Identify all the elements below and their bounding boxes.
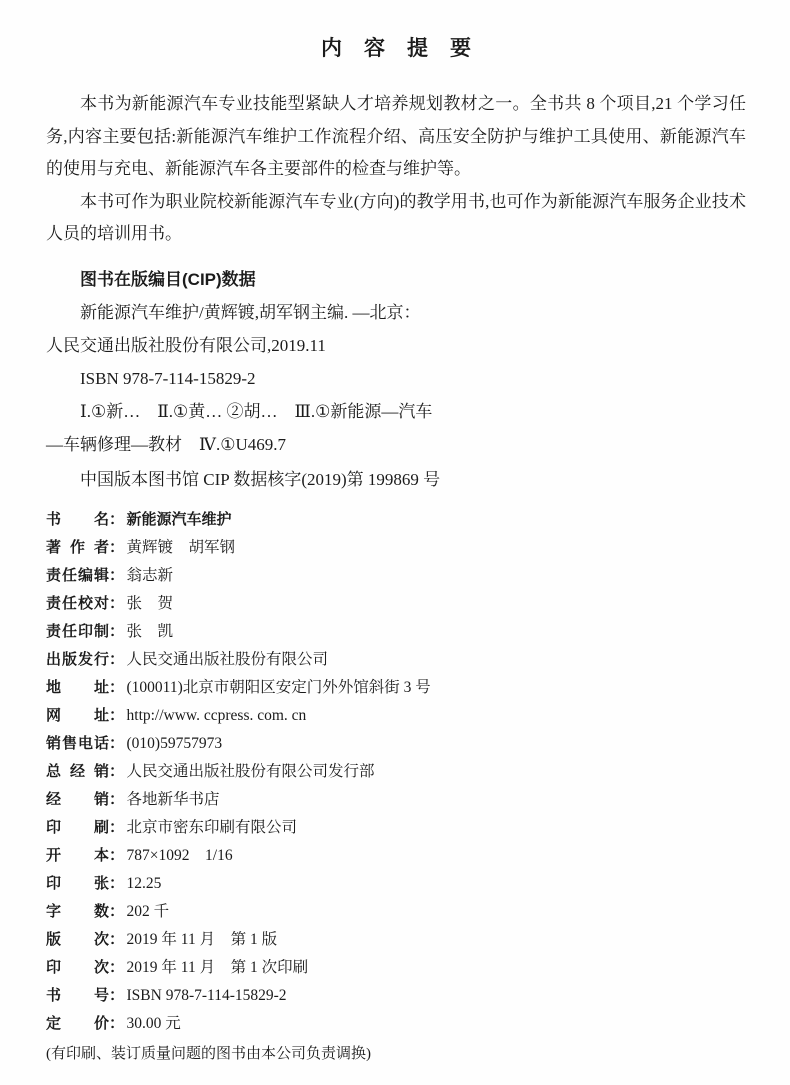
intro-paragraph: 本书可作为职业院校新能源汽车专业(方向)的教学用书,也可作为新能源汽车服务企业技… (46, 186, 746, 251)
book-info-separator: ： (109, 982, 125, 1010)
book-info-value: 2019 年 11 月 第 1 版 (127, 926, 278, 954)
book-info-value: http://www. ccpress. com. cn (127, 702, 307, 730)
book-info-value: 30.00 元 (127, 1010, 181, 1038)
book-info-row: 经销：各地新华书店 (46, 786, 746, 814)
copyright-page: 内容提要 本书为新能源汽车专业技能型紧缺人才培养规划教材之一。全书共 8 个项目… (0, 0, 790, 1085)
book-info-label: 销售电话 (46, 730, 109, 758)
cip-line: ISBN 978-7-114-15829-2 (46, 362, 746, 395)
cip-heading: 图书在版编目(CIP)数据 (46, 263, 746, 296)
book-info-value: 12.25 (127, 870, 162, 898)
book-info-value: 新能源汽车维护 (127, 506, 232, 534)
book-info-row: 销售电话：(010)59757973 (46, 730, 746, 758)
book-info-value: 787×1092 1/16 (127, 842, 233, 870)
book-info-value: 人民交通出版社股份有限公司 (127, 646, 329, 674)
book-info-value: 各地新华书店 (127, 786, 220, 814)
book-info-row: 总经销：人民交通出版社股份有限公司发行部 (46, 758, 746, 786)
book-info-row: 责任印制：张 凯 (46, 618, 746, 646)
book-info-label: 网址 (46, 702, 109, 730)
book-info-row: 印张：12.25 (46, 870, 746, 898)
book-info-label: 印刷 (46, 814, 109, 842)
book-info-row: 字数：202 千 (46, 898, 746, 926)
book-info-row: 印刷：北京市密东印刷有限公司 (46, 814, 746, 842)
footer-note: (有印刷、装订质量问题的图书由本公司负责调换) (46, 1043, 746, 1065)
book-info-label: 地址 (46, 674, 109, 702)
book-info-label: 印张 (46, 870, 109, 898)
book-info-label: 责任编辑 (46, 562, 109, 590)
cip-record-number: 中国版本图书馆 CIP 数据核字(2019)第 199869 号 (46, 463, 746, 496)
book-info-separator: ： (109, 1010, 125, 1038)
book-info-label: 著作者 (46, 534, 109, 562)
book-info-separator: ： (109, 730, 125, 758)
book-info-row: 责任编辑：翁志新 (46, 562, 746, 590)
book-info-value: 张 凯 (127, 618, 174, 646)
book-info-separator: ： (109, 842, 125, 870)
book-info-row: 出版发行：人民交通出版社股份有限公司 (46, 646, 746, 674)
book-info-separator: ： (109, 618, 125, 646)
intro-paragraph: 本书为新能源汽车专业技能型紧缺人才培养规划教材之一。全书共 8 个项目,21 个… (46, 88, 746, 186)
book-info-row: 开本：787×1092 1/16 (46, 842, 746, 870)
book-info-separator: ： (109, 534, 125, 562)
book-info-value: 黄辉镀 胡军钢 (127, 534, 236, 562)
cip-line: Ⅰ.①新… Ⅱ.①黄… ②胡… Ⅲ.①新能源—汽车 (46, 395, 746, 428)
book-info-label: 定价 (46, 1010, 109, 1038)
cip-line: —车辆修理—教材 Ⅳ.①U469.7 (46, 428, 746, 461)
book-info-label: 书号 (46, 982, 109, 1010)
book-info-separator: ： (109, 702, 125, 730)
book-info-value: 人民交通出版社股份有限公司发行部 (127, 758, 375, 786)
book-info-separator: ： (109, 786, 125, 814)
book-info-label: 版次 (46, 926, 109, 954)
book-info-row: 书名：新能源汽车维护 (46, 506, 746, 534)
page-title: 内容提要 (46, 34, 746, 64)
book-info-value: 202 千 (127, 898, 170, 926)
book-info-value: 张 贺 (127, 590, 174, 618)
book-info-separator: ： (109, 562, 125, 590)
book-info-row: 书号：ISBN 978-7-114-15829-2 (46, 982, 746, 1010)
book-info-separator: ： (109, 758, 125, 786)
book-info-label: 总经销 (46, 758, 109, 786)
cip-line: 人民交通出版社股份有限公司,2019.11 (46, 329, 746, 362)
cip-line: 新能源汽车维护/黄辉镀,胡军钢主编. —北京： (46, 296, 746, 329)
book-info-separator: ： (109, 898, 125, 926)
book-info-label: 出版发行 (46, 646, 109, 674)
book-info-separator: ： (109, 590, 125, 618)
book-info-label: 责任印制 (46, 618, 109, 646)
book-info-row: 著作者：黄辉镀 胡军钢 (46, 534, 746, 562)
cip-section: 图书在版编目(CIP)数据 新能源汽车维护/黄辉镀,胡军钢主编. —北京： 人民… (46, 263, 746, 496)
book-info-row: 印次：2019 年 11 月 第 1 次印刷 (46, 954, 746, 982)
book-info-value: 2019 年 11 月 第 1 次印刷 (127, 954, 309, 982)
book-info-separator: ： (109, 646, 125, 674)
book-info-label: 书名 (46, 506, 109, 534)
book-info-label: 开本 (46, 842, 109, 870)
book-info-value: (010)59757973 (127, 730, 223, 758)
book-info-row: 网址：http://www. ccpress. com. cn (46, 702, 746, 730)
book-info-value: (100011)北京市朝阳区安定门外外馆斜街 3 号 (127, 674, 431, 702)
book-info-list: 书名：新能源汽车维护 著作者：黄辉镀 胡军钢 责任编辑：翁志新 责任校对：张 贺… (46, 506, 746, 1038)
book-info-separator: ： (109, 814, 125, 842)
book-info-row: 责任校对：张 贺 (46, 590, 746, 618)
book-info-label: 字数 (46, 898, 109, 926)
book-info-value: 翁志新 (127, 562, 174, 590)
book-info-separator: ： (109, 674, 125, 702)
book-info-row: 定价：30.00 元 (46, 1010, 746, 1038)
book-info-label: 印次 (46, 954, 109, 982)
book-info-separator: ： (109, 870, 125, 898)
book-info-separator: ： (109, 926, 125, 954)
book-info-separator: ： (109, 506, 125, 534)
book-info-separator: ： (109, 954, 125, 982)
book-info-row: 版次：2019 年 11 月 第 1 版 (46, 926, 746, 954)
book-info-row: 地址：(100011)北京市朝阳区安定门外外馆斜街 3 号 (46, 674, 746, 702)
book-info-value: 北京市密东印刷有限公司 (127, 814, 298, 842)
book-info-label: 经销 (46, 786, 109, 814)
book-info-label: 责任校对 (46, 590, 109, 618)
book-info-value: ISBN 978-7-114-15829-2 (127, 982, 287, 1010)
intro-section: 本书为新能源汽车专业技能型紧缺人才培养规划教材之一。全书共 8 个项目,21 个… (46, 88, 746, 251)
